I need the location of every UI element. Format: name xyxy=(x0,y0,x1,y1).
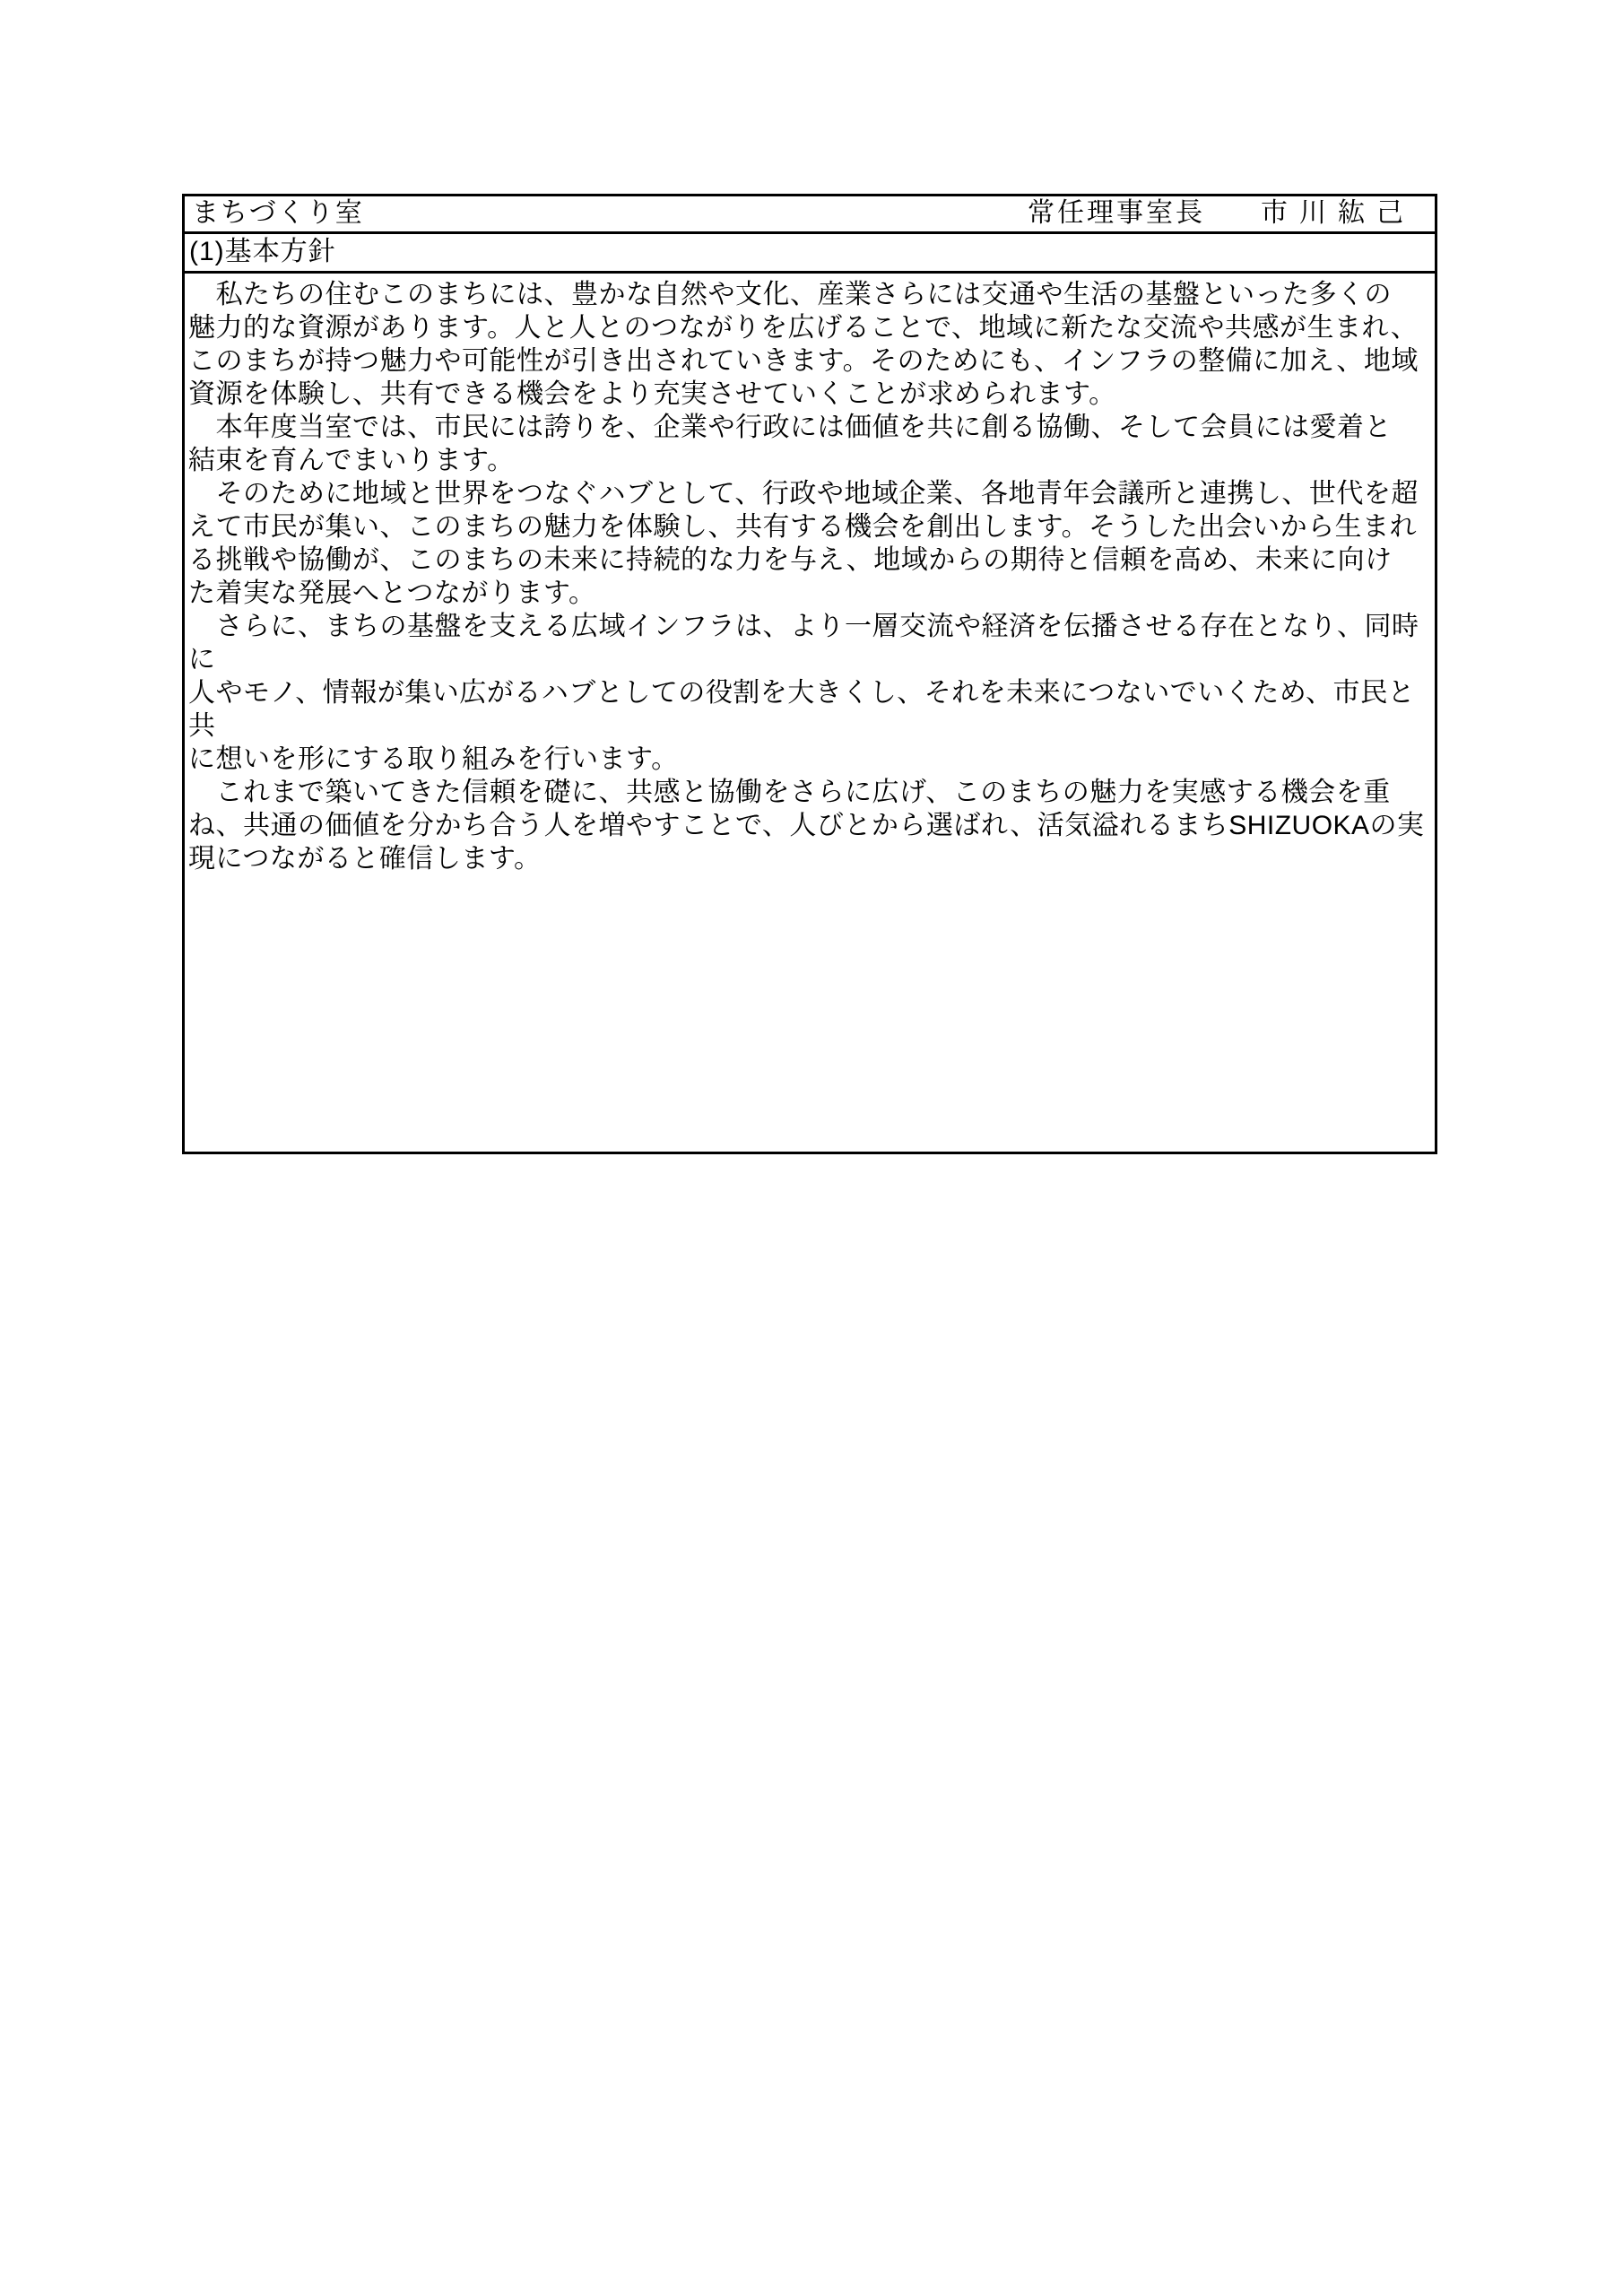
section-heading-row: (1)基本方針 xyxy=(185,234,1435,274)
signature-block: 常任理事室長 市川紘己 xyxy=(1028,200,1428,227)
policy-paragraph-4: さらに、まちの基盤を支える広域インフラは、より一層交流や経済を伝播させる存在とな… xyxy=(188,610,1429,776)
table-header-row: まちづくり室 常任理事室長 市川紘己 xyxy=(185,196,1435,234)
policy-paragraph-5: これまで築いてきた信頼を礎に、共感と協働をさらに広げ、このまちの魅力を実感する機… xyxy=(188,776,1429,875)
department-name: まちづくり室 xyxy=(192,200,364,227)
person-name: 市川紘己 xyxy=(1261,200,1415,227)
policy-paragraph-1: 私たちの住むこのまちには、豊かな自然や文化、産業さらには交通や生活の基盤といった… xyxy=(188,278,1429,411)
report-table: まちづくり室 常任理事室長 市川紘己 (1)基本方針 私たちの住むこのまちには、… xyxy=(182,194,1437,1154)
document-page: まちづくり室 常任理事室長 市川紘己 (1)基本方針 私たちの住むこのまちには、… xyxy=(0,0,1623,2296)
position-title: 常任理事室長 xyxy=(1028,200,1205,227)
section-heading: (1)基本方針 xyxy=(189,239,336,265)
policy-paragraph-2: 本年度当室では、市民には誇りを、企業や行政には価値を共に創る協働、そして会員には… xyxy=(188,411,1429,477)
policy-body: 私たちの住むこのまちには、豊かな自然や文化、産業さらには交通や生活の基盤といった… xyxy=(185,274,1435,875)
policy-paragraph-3: そのために地域と世界をつなぐハブとして、行政や地域企業、各地青年会議所と連携し、… xyxy=(188,477,1429,610)
